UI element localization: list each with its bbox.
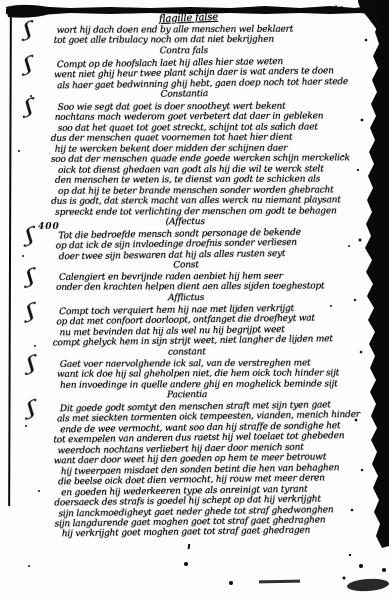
paragraph-constantia: ʃSoo wie segt dat goet is doer snootheyt… bbox=[51, 101, 376, 228]
bottom-ink-dash bbox=[259, 580, 300, 584]
paragraph-flourish-icon: ʃ bbox=[22, 56, 35, 75]
paragraph-flourish-icon: ʃ bbox=[24, 303, 37, 322]
paragraph-constant: ʃGaet voer naervolghende ick sal, van de… bbox=[53, 358, 377, 402]
paragraph-flourish-icon: ʃ bbox=[23, 227, 36, 246]
scan-noise-speckles bbox=[30, 95, 32, 97]
paragraph-affectus: ʃTot die bedroefde mensch sondt personag… bbox=[51, 226, 376, 273]
paragraph-flourish-icon: ʃ bbox=[24, 268, 37, 287]
paragraph-const: ʃCalengiert en bevrijnde raden aenbiet h… bbox=[52, 271, 376, 304]
paragraph-flourish-icon: ʃ bbox=[22, 98, 35, 117]
section-caption: Afflictus bbox=[52, 292, 376, 304]
paragraph-contra-fals: ʃCompt op de hoofslach laet hij alles hi… bbox=[50, 56, 375, 103]
manuscript-line: dus is godt, dat sterck macht van alles … bbox=[51, 195, 375, 207]
paragraph-flourish-icon: ʃ bbox=[21, 22, 34, 41]
manuscript-text: flagille false ʃwort hij dach doen end b… bbox=[49, 11, 378, 540]
paragraph-flourish-icon: ʃ bbox=[25, 355, 38, 374]
paragraph-opening: ʃwort hij dach doen end by alle menschen… bbox=[50, 25, 374, 58]
manuscript-line: hen invoedinge in quelle andere ghij en … bbox=[60, 379, 377, 391]
paragraph-flourish-icon: ʃ bbox=[25, 400, 38, 419]
manuscript-line: soo dat der menschen quade ende goede we… bbox=[51, 153, 375, 165]
left-scan-edge-line bbox=[8, 14, 12, 506]
manuscript-line: spreeckt ende tot verlichting der mensch… bbox=[55, 205, 375, 217]
paragraph-afflictus: ʃCompt toch verquiert hem hij nae met li… bbox=[52, 302, 377, 359]
manuscript-page: 41 400 flagille false ʃwort hij dach doe… bbox=[0, 0, 389, 600]
paragraph-pacientia: ʃDit goede godt somtyt den menschen stra… bbox=[53, 399, 379, 540]
